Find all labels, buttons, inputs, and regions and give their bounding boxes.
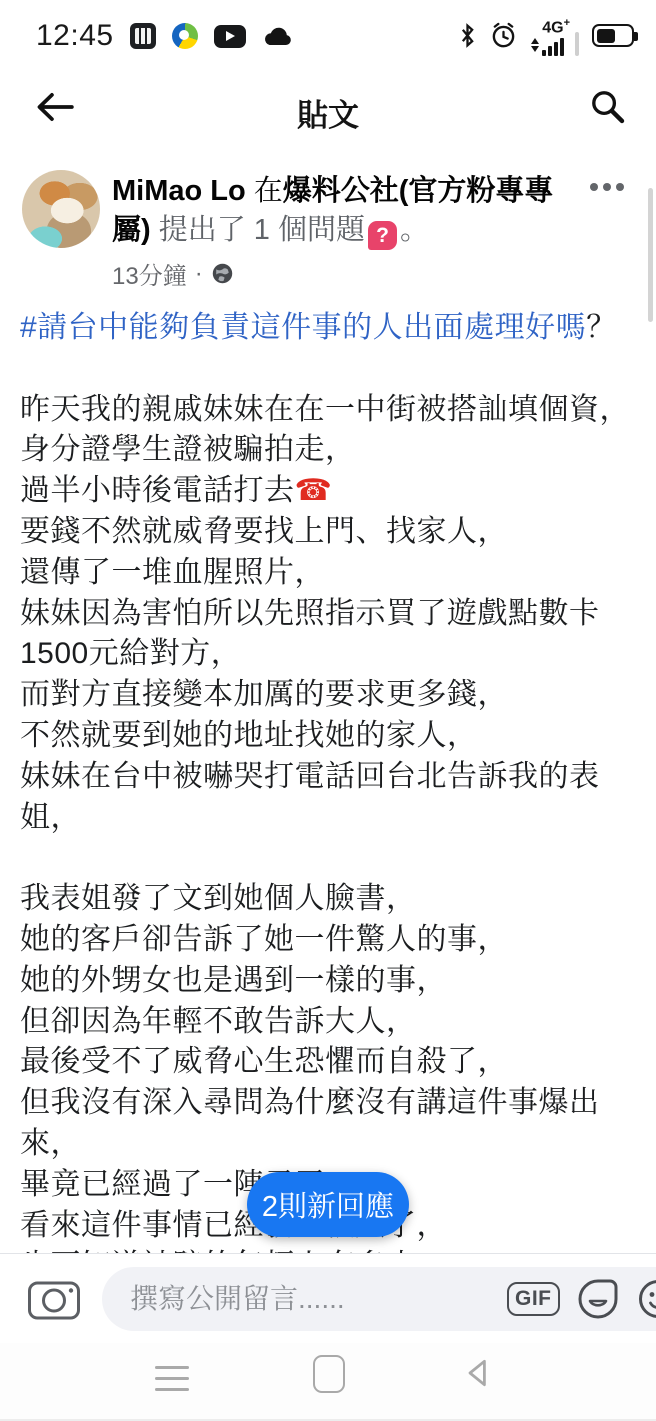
android-nav-bar: [0, 1343, 656, 1421]
post-time: 13分鐘: [112, 256, 187, 291]
nav-bar: 貼文: [0, 76, 656, 142]
in-word: 在: [246, 175, 283, 207]
post-body-line: [20, 838, 638, 879]
android-back-icon: [462, 1357, 494, 1389]
post-body-line: 妹妹在台中被嚇哭打電話回台北告訴我的表姐，: [20, 757, 638, 839]
browser-app-icon: [172, 23, 198, 49]
gif-icon: GIF: [507, 1282, 560, 1316]
status-bar-right: 4G+: [459, 16, 634, 55]
gif-button[interactable]: GIF: [507, 1282, 560, 1316]
post-body-line: 1500元給對方，: [20, 634, 638, 675]
search-icon: [589, 88, 627, 126]
post-header-text: MiMao Lo 在爆料公社(官方粉專專屬) 提出了 1 個問題?。: [112, 172, 580, 250]
data-arrows-icon: [531, 38, 539, 52]
post-body-line: 妹妹因為害怕所以先照指示買了遊戲點數卡: [20, 594, 638, 635]
post-hashtag-line: #請台中能夠負責這件事的人出面處理好嗎？: [20, 308, 638, 349]
youtube-app-icon: [214, 25, 246, 48]
cloud-icon: [262, 25, 294, 47]
post-body-line: 她的外甥女也是遇到一樣的事，: [20, 961, 638, 1002]
network-type-label: 4G+: [542, 16, 570, 35]
smiley-icon: [636, 1277, 656, 1321]
comment-bar: GIF: [0, 1253, 656, 1343]
post-body-line: 還傳了一堆血腥照片，: [20, 553, 638, 594]
clock-time: 12:45: [36, 19, 114, 53]
home-button[interactable]: [313, 1355, 345, 1393]
post-options-button[interactable]: [590, 176, 630, 198]
author-name[interactable]: MiMao Lo: [112, 175, 246, 207]
post-body-line: [20, 349, 638, 390]
scrollbar[interactable]: [648, 188, 653, 322]
post-body-line: 昨天我的親戚妹妹在在一中街被搭訕填個資，: [20, 390, 638, 431]
post-body-line: 我表姐發了文到她個人臉書，: [20, 879, 638, 920]
period: 。: [400, 214, 429, 246]
action-text: 提出了 1 個問題: [151, 214, 365, 246]
post-meta: 13分鐘 ·: [112, 256, 234, 291]
comment-pill: GIF: [102, 1267, 656, 1331]
recents-button[interactable]: [155, 1361, 195, 1395]
screen: 12:45 4G+: [0, 0, 656, 1421]
post-body-line: 不然就要到她的地址找她的家人，: [20, 716, 638, 757]
sticker-icon: [576, 1277, 620, 1321]
hashtag-link[interactable]: #請台中能夠負責這件事的人出面處理好嗎: [20, 311, 586, 344]
post-body-line: 最後受不了威脅心生恐懼而自殺了，: [20, 1042, 638, 1083]
calendar-app-icon: [130, 23, 156, 49]
post-body-line: 但卻因為年輕不敢告訴大人，: [20, 1002, 638, 1043]
post-body-line: 要錢不然就威脅要找上門、找家人，: [20, 512, 638, 553]
signal-icon: 4G+: [531, 16, 579, 55]
sticker-button[interactable]: [576, 1277, 620, 1321]
globe-icon: [211, 262, 234, 285]
post-body-line: 她的客戶卻告訴了她一件驚人的事，: [20, 920, 638, 961]
meta-separator: ·: [195, 260, 203, 288]
comment-input[interactable]: [130, 1283, 491, 1315]
hashtag-suffix: ？: [586, 311, 617, 344]
post-body-line: 身分證學生證被騙拍走，: [20, 430, 638, 471]
status-bar-left: 12:45: [36, 19, 294, 53]
sim2-signal-icon: [575, 32, 579, 56]
post-body-line: 而對方直接變本加厲的要求更多錢，: [20, 675, 638, 716]
avatar[interactable]: [22, 170, 100, 248]
status-bar: 12:45 4G+: [0, 0, 656, 62]
post-body-line: 過半小時後電話打去☎: [20, 471, 638, 512]
emoji-button[interactable]: [636, 1277, 656, 1321]
battery-icon: [592, 24, 634, 47]
new-replies-button[interactable]: 2則新回應: [247, 1172, 409, 1237]
page-title: 貼文: [0, 90, 656, 135]
android-back-button[interactable]: [460, 1357, 496, 1391]
signal-bars-icon: [542, 38, 564, 56]
bluetooth-icon: [459, 22, 476, 49]
question-mark-emoji: ?: [368, 221, 397, 250]
camera-button[interactable]: [26, 1273, 82, 1325]
camera-icon: [27, 1273, 81, 1321]
search-button[interactable]: [586, 86, 630, 130]
post-body-line: 但我沒有深入尋問為什麼沒有講這件事爆出來，: [20, 1083, 638, 1165]
phone-emoji: ☎: [295, 474, 333, 507]
alarm-icon: [489, 21, 518, 50]
